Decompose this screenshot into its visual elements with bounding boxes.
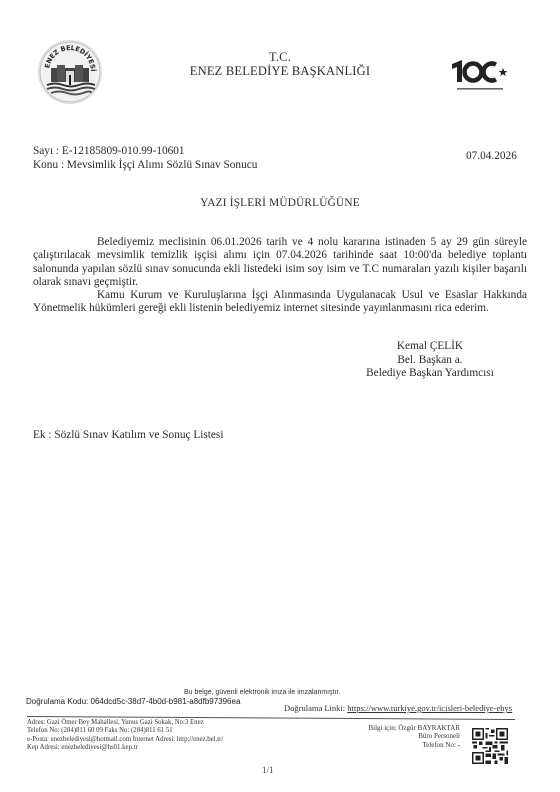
signer-title-1: Bel. Başkan a.: [345, 354, 515, 368]
body-paragraph-1: Belediyemiz meclisinin 06.01.2026 tarih …: [33, 236, 527, 289]
document-number: Sayı : E-12185809-010.99-10601: [33, 145, 185, 157]
address-block: Adres: Gazi Ömer Bey Mahallesi, Yunus Ga…: [27, 719, 223, 753]
email-line: e-Posta: enezbelediyesi@hotmail.com İnte…: [27, 736, 223, 744]
verification-code-label: Doğrulama Kodu:: [26, 697, 88, 706]
centennial-logo: [448, 54, 512, 94]
esign-note: Bu belge, güvenli elektronik imza ile im…: [184, 689, 340, 696]
addressee: YAZI İŞLERİ MÜDÜRLÜĞÜNE: [0, 197, 560, 209]
verification-code: Doğrulama Kodu: 064dcd5c-38d7-4b0d-b981-…: [26, 697, 240, 706]
info-role: Büro Personeli: [335, 732, 460, 740]
verification-link-label: Doğrulama Linki:: [284, 703, 345, 713]
signer-title-2: Belediye Başkan Yardımcısı: [345, 367, 515, 381]
address-line: Adres: Gazi Ömer Bey Mahallesi, Yunus Ga…: [27, 719, 223, 727]
konu-label: Konu: [33, 159, 58, 171]
info-contact: Bilgi için: Özgür BAYRAKTAR: [335, 724, 460, 732]
signer-name: Kemal ÇELİK: [345, 340, 515, 354]
contact-info: Bilgi için: Özgür BAYRAKTAR Büro Persone…: [335, 724, 460, 749]
verification-link[interactable]: https://www.turkiye.gov.tr/icisleri-bele…: [347, 703, 512, 713]
konu-value: : Mevsimlik İşçi Alımı Sözlü Sınav Sonuc…: [61, 159, 257, 171]
verification-link-row: Doğrulama Linki: https://www.turkiye.gov…: [284, 703, 512, 713]
verification-code-value: 064dcd5c-38d7-4b0d-b981-a8dfb97396ea: [91, 697, 241, 706]
sayi-value: : E-12185809-010.99-10601: [56, 145, 185, 157]
page-number: 1/1: [262, 765, 274, 775]
signature-block: Kemal ÇELİK Bel. Başkan a. Belediye Başk…: [345, 340, 515, 381]
qr-code-icon: [472, 728, 508, 764]
info-phone: Telefon No: -: [335, 741, 460, 749]
document-date: 07.04.2026: [466, 150, 517, 162]
body-paragraph-2: Kamu Kurum ve Kuruluşlarına İşçi Alınmas…: [33, 289, 527, 316]
kep-line: Kep Adresi: enezbelediyesi@hs01.kep.tr: [27, 744, 223, 752]
attachment-line: Ek : Sözlü Sınav Katılım ve Sonuç Listes…: [33, 429, 223, 441]
document-subject: Konu : Mevsimlik İşçi Alımı Sözlü Sınav …: [33, 159, 257, 171]
sayi-label: Sayı: [33, 145, 53, 157]
phone-line: Telefon No: (284)811 60 09 Faks No: (284…: [27, 727, 223, 735]
